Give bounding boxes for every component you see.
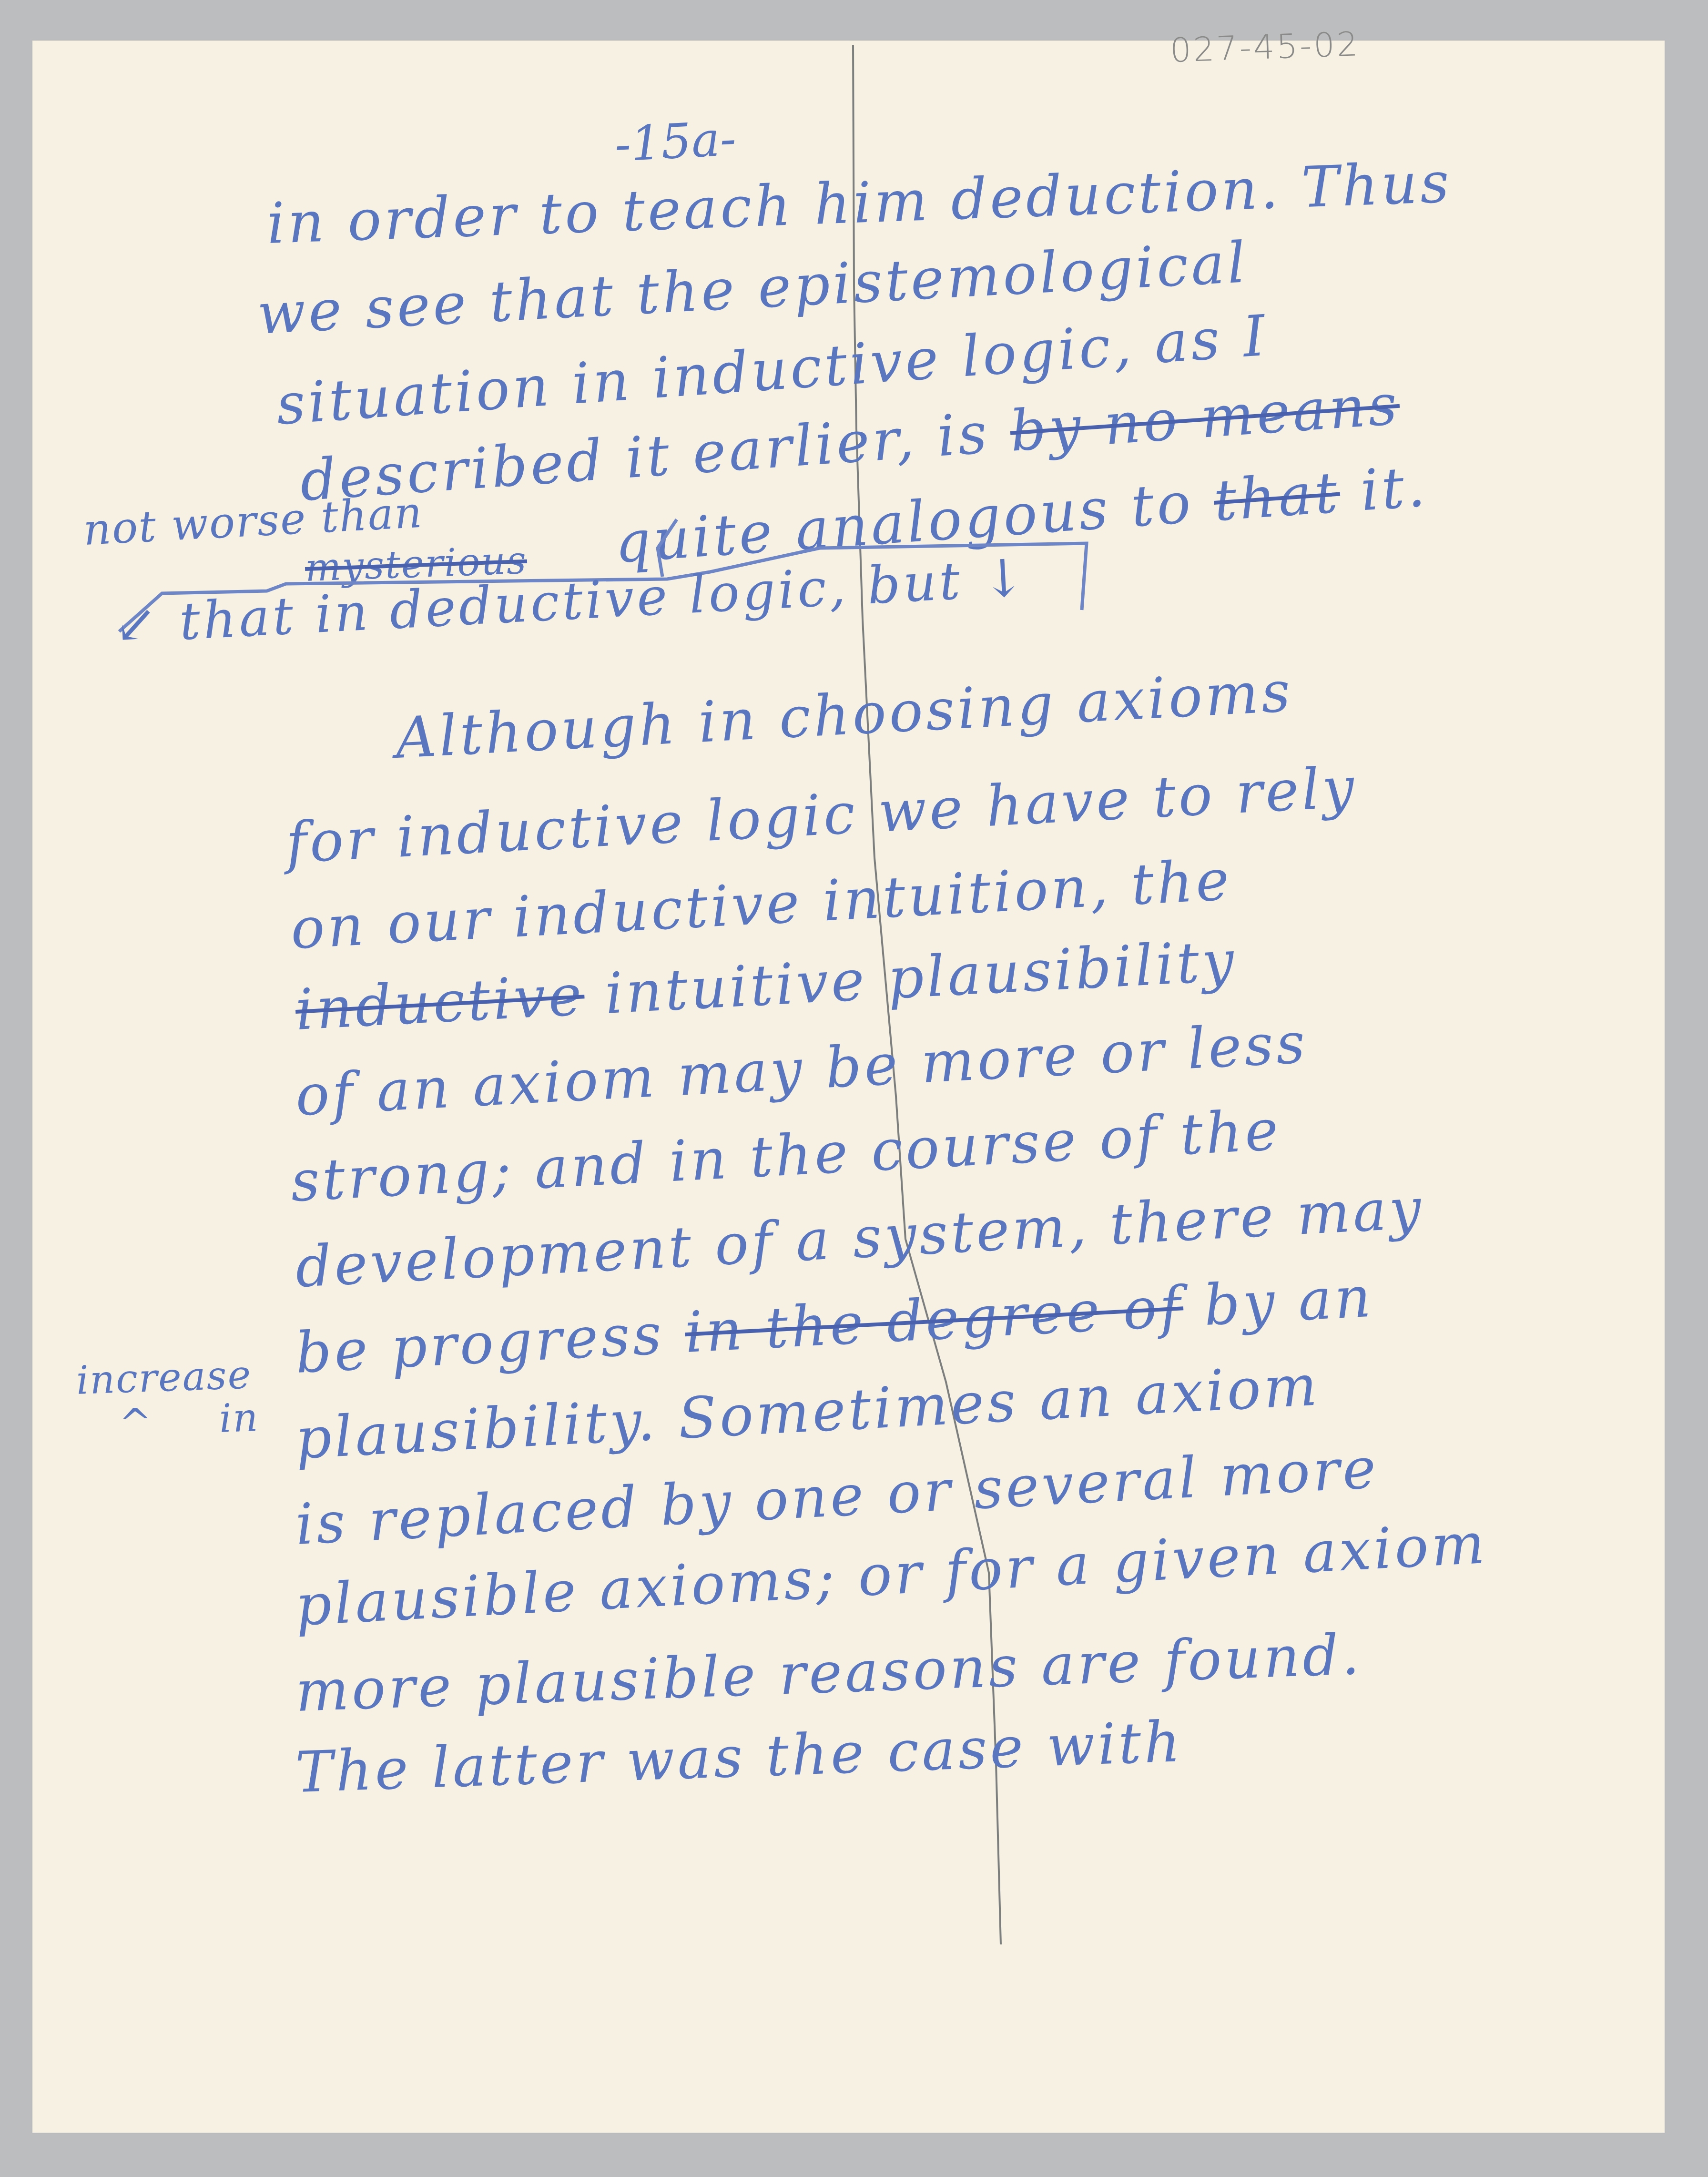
p2-line-8-end: by an — [1202, 1264, 1375, 1338]
archive-id: 027-45-02 — [1169, 24, 1361, 70]
arrow-down-icon: ↓ — [980, 548, 1029, 610]
page-number: -15a- — [613, 111, 737, 173]
p1-line-5-struck: that — [1211, 459, 1342, 534]
p1-line-5-end: it. — [1358, 453, 1430, 523]
margin-in: in — [218, 1395, 259, 1442]
arrow-down-left-icon: ↙ — [113, 593, 162, 655]
margin-caret-icon: ^ — [118, 1400, 153, 1446]
